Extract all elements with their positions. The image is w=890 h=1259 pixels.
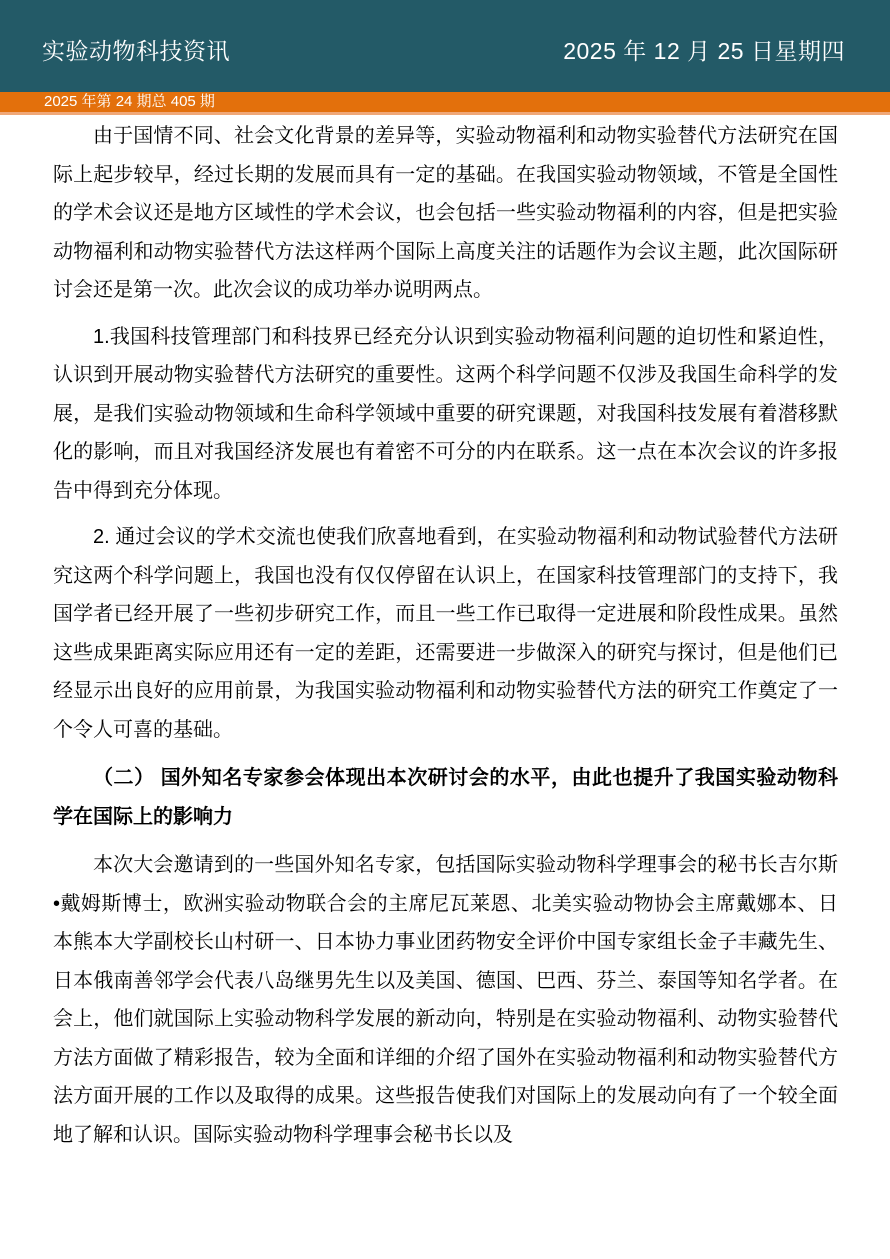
section-heading: （二） 国外知名专家参会体现出本次研讨会的水平，由此也提升了我国实验动物科学在国… bbox=[53, 759, 838, 836]
newsletter-page: 实验动物科技资讯 2025 年 12 月 25 日星期四 2025 年第 24 … bbox=[0, 0, 890, 1154]
issue-number-label: 2025 年第 24 期总 405 期 bbox=[44, 93, 215, 110]
newsletter-title: 实验动物科技资讯 bbox=[42, 33, 230, 66]
issue-date: 2025 年 12 月 25 日星期四 bbox=[563, 33, 845, 66]
paragraph-intro: 由于国情不同、社会文化背景的差异等，实验动物福利和动物实验替代方法研究在国际上起… bbox=[53, 117, 838, 310]
paragraph-point-2: 2. 通过会议的学术交流也使我们欣喜地看到，在实验动物福利和动物试验替代方法研究… bbox=[53, 518, 838, 749]
paragraph-point-1: 1.我国科技管理部门和科技界已经充分认识到实验动物福利问题的迫切性和紧迫性，认识… bbox=[53, 318, 838, 511]
article-body: 由于国情不同、社会文化背景的差异等，实验动物福利和动物实验替代方法研究在国际上起… bbox=[0, 115, 890, 1154]
paragraph-experts: 本次大会邀请到的一些国外知名专家，包括国际实验动物科学理事会的秘书长吉尔斯•戴姆… bbox=[53, 846, 838, 1154]
issue-bar: 2025 年第 24 期总 405 期 bbox=[0, 92, 890, 115]
masthead: 实验动物科技资讯 2025 年 12 月 25 日星期四 bbox=[0, 0, 890, 92]
